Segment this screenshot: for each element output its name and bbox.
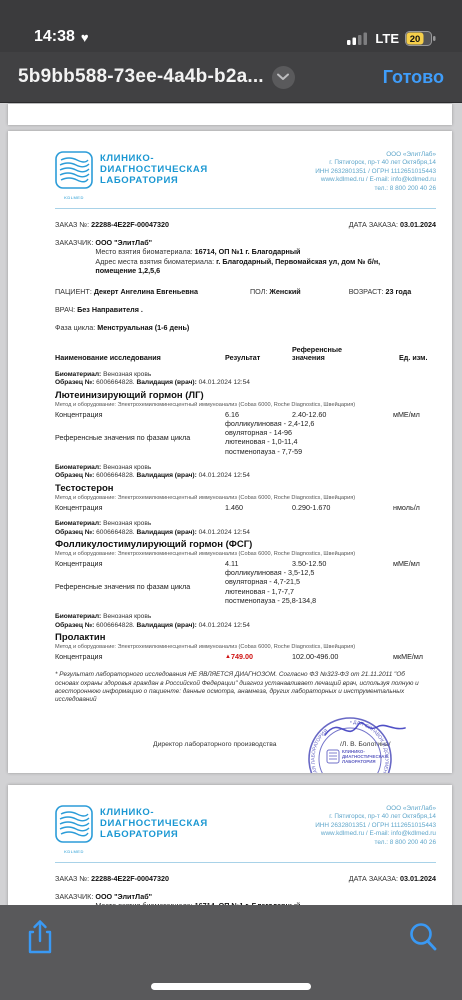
sampling-site: 16714, ОП №1 г. Благодарный [195, 247, 301, 256]
clock: 14:38 [34, 28, 75, 46]
battery-icon: 20 [405, 31, 436, 46]
test-title: Фолликулостимулирующий гормон (ФСГ) [55, 539, 436, 550]
kdl-logo-caption: KDLMED [55, 195, 93, 200]
lab-name: КЛИНИКО- DИАГНОСТИЧЕСКАЯ LАБОРАТОРИЯ [100, 151, 208, 186]
previous-page-bottom [8, 104, 452, 125]
sampling-address: г. Благодарный, Первомайская ул, дом № б… [216, 257, 380, 266]
network-type-label: LTE [375, 31, 399, 46]
lab-letterhead: KDLMED КЛИНИКО- DИАГНОСТИЧЕСКАЯ LАБОРАТО… [55, 805, 436, 854]
test-title: Тестостерон [55, 483, 436, 494]
kdl-logo-caption: KDLMED [55, 849, 93, 854]
chevron-down-icon [277, 73, 289, 81]
test-title: Пролактин [55, 632, 436, 643]
results-table-header: Наименование исследования Результат Рефе… [55, 346, 436, 363]
pdf-viewer[interactable]: KDLMED КЛИНИКО- DИАГНОСТИЧЕСКАЯ LАБОРАТО… [0, 104, 462, 905]
signature-zone: Директор лабораторного производства /Л. … [55, 709, 436, 773]
header-divider [55, 862, 436, 863]
svg-text:ЛАБОРАТОРИЯ: ЛАБОРАТОРИЯ [342, 759, 376, 764]
done-button[interactable]: Готово [383, 67, 444, 88]
test-result: 1.460 [225, 503, 292, 512]
header-divider [55, 208, 436, 209]
doctor-row: ВРАЧ: Без Направителя . [55, 305, 436, 314]
status-bar: 14:38 ♥ LTE 20 [0, 0, 462, 52]
order-date: 03.01.2024 [400, 220, 436, 229]
lab-letterhead: KDLMED КЛИНИКО- DИАГНОСТИЧЕСКАЯ LАБОРАТО… [55, 151, 436, 200]
signal-strength-icon [347, 32, 369, 45]
bottom-toolbar [0, 905, 462, 1000]
customer-block: ЗАКАЗЧИК: ООО "ЭлитЛаб" Место взятия био… [55, 238, 436, 276]
document-title: 5b9bb588-73ee-4a4b-b2a... [18, 66, 264, 88]
kdl-logo-icon [55, 805, 93, 843]
lab-contacts: ООО «ЭлитЛаб» г. Пятигорск, пр-т 40 лет … [315, 805, 436, 847]
test-range: 3.50-12.50 [292, 559, 385, 568]
share-button[interactable] [26, 919, 54, 955]
test-section-prolactin: Биоматериал: Венозная кровь Образец №: 6… [55, 613, 436, 661]
test-range: 2.40-12.60 [292, 410, 385, 419]
order-row: ЗАКАЗ №: 22288-4E22F-00047320 ДАТА ЗАКАЗ… [55, 874, 436, 883]
lab-contacts: ООО «ЭлитЛаб» г. Пятигорск, пр-т 40 лет … [315, 151, 436, 193]
patient-name: Декерт Ангелина Евгеньевна [94, 287, 198, 296]
heart-icon: ♥ [81, 30, 89, 45]
disclaimer-footnote: * Результат лабораторного исследования Н… [55, 671, 425, 705]
test-section-testosterone: Биоматериал: Венозная кровь Образец №: 6… [55, 464, 436, 512]
patient-row: ПАЦИЕНТ: Декерт Ангелина Евгеньевна ПОЛ:… [55, 287, 436, 296]
test-range: 102.00-496.00 [292, 652, 385, 661]
cycle-phase-row: Фаза цикла: Менструальная (1-6 день) [55, 323, 436, 332]
test-title: Лютеинизирующий гормон (ЛГ) [55, 390, 436, 401]
test-result: 6.16 [225, 410, 292, 419]
report-page-2: KDLMED КЛИНИКО- DИАГНОСТИЧЕСКАЯ LАБОРАТО… [8, 785, 452, 909]
test-section-fsh: Биоматериал: Венозная кровь Образец №: 6… [55, 520, 436, 605]
order-number: 22288-4E22F-00047320 [91, 220, 169, 229]
test-result-high: ▲749.00 [225, 652, 292, 661]
customer-name: ООО "ЭлитЛаб" [95, 238, 152, 247]
test-section-lh: Биоматериал: Венозная кровь Образец №: 6… [55, 371, 436, 456]
test-range: 0.290-1.670 [292, 503, 385, 512]
order-row: ЗАКАЗ №: 22288-4E22F-00047320 ДАТА ЗАКАЗ… [55, 220, 436, 229]
home-indicator[interactable] [151, 983, 311, 990]
document-nav-bar: 5b9bb588-73ee-4a4b-b2a... Готово [0, 52, 462, 103]
svg-text:20: 20 [410, 34, 421, 45]
document-options-button[interactable] [272, 66, 295, 89]
lab-name: КЛИНИКО- DИАГНОСТИЧЕСКАЯ LАБОРАТОРИЯ [100, 805, 208, 840]
test-result: 4.11 [225, 559, 292, 568]
report-page-1: KDLMED КЛИНИКО- DИАГНОСТИЧЕСКАЯ LАБОРАТО… [8, 131, 452, 773]
lab-stamp: • ДЛЯ СПРАВОК И ДОКУМЕНТОВ • КЛИНИКО-ДИА… [255, 703, 445, 773]
kdl-logo-icon [55, 151, 93, 189]
search-button[interactable] [408, 921, 438, 953]
